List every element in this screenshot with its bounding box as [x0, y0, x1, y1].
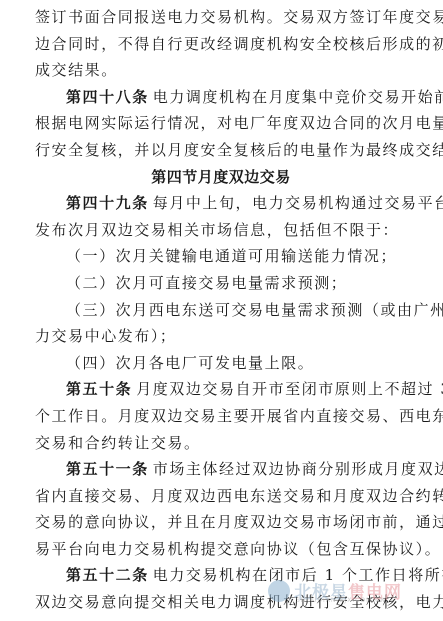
article-number: 第四十九条 [66, 194, 149, 212]
article-50: 第五十条月度双边交易自开市至闭市原则上不超过 3 [35, 376, 407, 403]
text-line: 双边交易意向提交相关电力调度机构进行安全校核，电力调 [35, 589, 407, 616]
text-line: 边合同时，不得自行更改经调度机构安全校核后形成的初始 [35, 31, 407, 58]
article-text: 市场主体经过双边协商分别形成月度双边 [153, 460, 443, 478]
list-item: （二）次月可直接交易电量需求预测； [35, 270, 407, 297]
article-52: 第五十二条电力交易机构在闭市后 1 个工作日将所有 [35, 562, 407, 589]
text-line: 签订书面合同报送电力交易机构。交易双方签订年度交易双 [35, 4, 407, 31]
text-line: 发布次月双边交易相关市场信息，包括但不限于： [35, 217, 407, 244]
text-line: 行安全复核，并以月度安全复核后的电量作为最终成交结果。 [35, 137, 407, 164]
text-line: 交易的意向协议，并且在月度双边交易市场闭市前，通过交 [35, 509, 407, 536]
text-line: 交易和合约转让交易。 [35, 430, 407, 457]
text-line: 根据电网实际运行情况，对电厂年度双边合同的次月电量进 [35, 110, 407, 137]
text-line: 成交结果。 [35, 57, 407, 84]
text-line: 个工作日。月度双边交易主要开展省内直接交易、西电东送 [35, 403, 407, 430]
text-line: 力交易中心发布）； [35, 323, 407, 350]
article-text: 每月中上旬，电力交易机构通过交易平台 [153, 194, 443, 212]
text-line: 易平台向电力交易机构提交意向协议（包含互保协议）。 [35, 536, 407, 563]
list-item: （四）次月各电厂可发电量上限。 [35, 350, 407, 377]
list-item: （一）次月关键输电通道可用输送能力情况； [35, 243, 407, 270]
article-number: 第五十一条 [66, 460, 149, 478]
article-text: 电力交易机构在闭市后 1 个工作日将所有 [153, 566, 443, 584]
article-text: 月度双边交易自开市至闭市原则上不超过 3 [136, 380, 443, 398]
article-51: 第五十一条市场主体经过双边协商分别形成月度双边 [35, 456, 407, 483]
list-item: （三）次月西电东送可交易电量需求预测（或由广州电 [35, 297, 407, 324]
article-number: 第五十二条 [66, 566, 149, 584]
article-text: 电力调度机构在月度集中竞价交易开始前， [153, 88, 443, 106]
text-line: 省内直接交易、月度双边西电东送交易和月度双边合约转让 [35, 483, 407, 510]
article-number: 第四十八条 [66, 88, 149, 106]
article-number: 第五十条 [66, 380, 132, 398]
document-page: 签订书面合同报送电力交易机构。交易双方签订年度交易双 边合同时，不得自行更改经调… [35, 4, 407, 616]
article-48: 第四十八条电力调度机构在月度集中竞价交易开始前， [35, 84, 407, 111]
section-heading: 第四节月度双边交易 [35, 164, 407, 191]
article-49: 第四十九条每月中上旬，电力交易机构通过交易平台 [35, 190, 407, 217]
